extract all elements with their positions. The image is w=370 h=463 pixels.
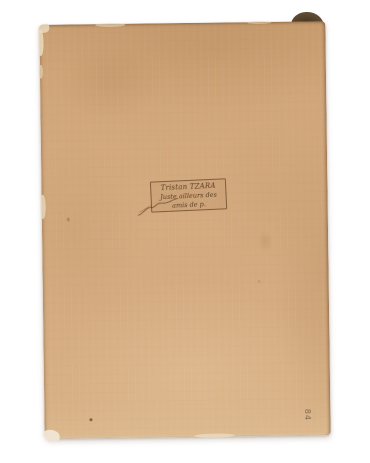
ink-speck bbox=[89, 418, 92, 421]
pencil-number: 84 bbox=[303, 409, 312, 421]
book-back-cover: Tristan TZARA Juste ailleurs des amis de… bbox=[39, 21, 330, 439]
edge-wear-top-left-corner bbox=[38, 24, 49, 33]
edge-wear-left-upper bbox=[38, 30, 43, 56]
edge-wear-bottom bbox=[195, 433, 235, 438]
foxing-spot bbox=[67, 218, 70, 222]
pencil-squiggle bbox=[137, 195, 180, 217]
edge-wear-top-right bbox=[247, 21, 271, 24]
edge-wear-top bbox=[95, 23, 125, 27]
edge-wear-left bbox=[39, 65, 43, 79]
edge-wear-left-middle bbox=[41, 195, 46, 219]
ownership-stamp: Tristan TZARA Juste ailleurs des amis de… bbox=[150, 178, 227, 212]
foxing-spot bbox=[258, 280, 261, 283]
corner-wear-bottom-left bbox=[43, 430, 60, 441]
photo-canvas: Tristan TZARA Juste ailleurs des amis de… bbox=[0, 0, 370, 463]
